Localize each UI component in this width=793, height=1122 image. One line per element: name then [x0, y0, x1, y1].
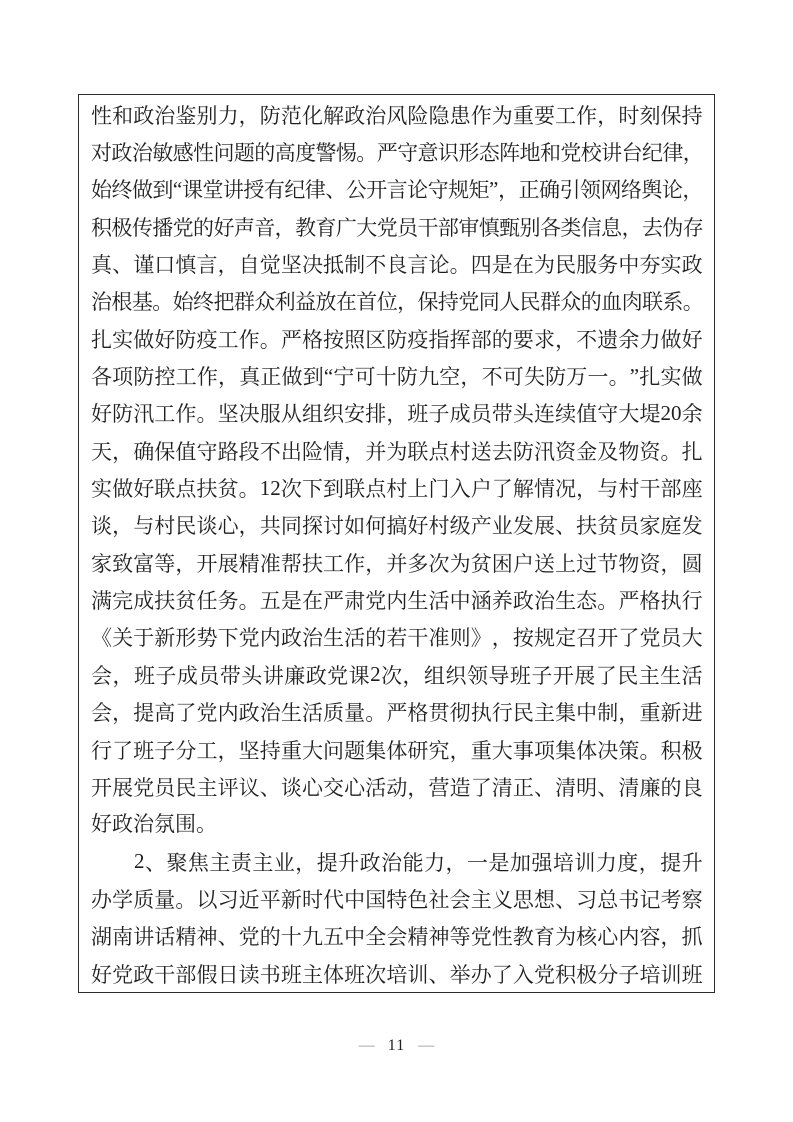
page-number: 11 — [388, 1036, 405, 1056]
text-line: 性和政治鉴别力，防范化解政治风险隐患作为重要工作，时刻保持 — [91, 96, 703, 133]
text-line: 真、谨口慎言，自觉坚决抵制不良言论。四是在为民服务中夯实政 — [91, 245, 703, 282]
text-line: 谈，与村民谈心，共同探讨如何搞好村级产业发展、扶贫员家庭发 — [91, 507, 703, 544]
footer-dash-left: — — [359, 1036, 375, 1056]
text-line: 湖南讲话精神、党的十九五中全会精神等党性教育为核心内容，抓 — [91, 918, 703, 955]
text-line: 始终做到“课堂讲授有纪律、公开言论守规矩”，正确引领网络舆论， — [91, 171, 703, 208]
text-line: 各项防控工作，真正做到“宁可十防九空，不可失防万一。”扎实做 — [91, 357, 703, 394]
footer-dash-right: — — [418, 1036, 434, 1056]
text-line: 2、聚焦主责主业，提升政治能力，一是加强培训力度，提升 — [91, 843, 703, 880]
text-line: 满完成扶贫任务。五是在严肃党内生活中涵养政治生态。严格执行 — [91, 581, 703, 618]
text-line: 会，班子成员带头讲廉政党课2次，组织领导班子开展了民主生活 — [91, 656, 703, 693]
text-line: 《关于新形势下党内政治生活的若干准则》，按规定召开了党员大 — [91, 619, 703, 656]
text-line: 会，提高了党内政治生活质量。严格贯彻执行民主集中制，重新进 — [91, 694, 703, 731]
text-line: 好防汛工作。坚决服从组织安排，班子成员带头连续值守大堤20余 — [91, 395, 703, 432]
text-line: 好政治氛围。 — [91, 806, 703, 843]
text-line: 好党政干部假日读书班主体班次培训、举办了入党积极分子培训班 — [91, 955, 703, 992]
text-line: 积极传播党的好声音，教育广大党员干部审慎甄别各类信息，去伪存 — [91, 208, 703, 245]
document-page: 性和政治鉴别力，防范化解政治风险隐患作为重要工作，时刻保持对政治敏感性问题的高度… — [0, 0, 793, 1122]
text-line: 办学质量。以习近平新时代中国特色社会主义思想、习总书记考察 — [91, 880, 703, 917]
text-line: 行了班子分工，坚持重大问题集体研究，重大事项集体决策。积极 — [91, 731, 703, 768]
text-line: 天，确保值守路段不出险情，并为联点村送去防汛资金及物资。扎 — [91, 432, 703, 469]
document-lines: 性和政治鉴别力，防范化解政治风险隐患作为重要工作，时刻保持对政治敏感性问题的高度… — [91, 96, 703, 992]
text-line: 家致富等，开展精准帮扶工作，并多次为贫困户送上过节物资，圆 — [91, 544, 703, 581]
text-line: 开展党员民主评议、谈心交心活动，营造了清正、清明、清廉的良 — [91, 768, 703, 805]
text-line: 对政治敏感性问题的高度警惕。严守意识形态阵地和党校讲台纪律， — [91, 133, 703, 170]
page-footer: — 11 — — [0, 1036, 793, 1056]
text-line: 治根基。始终把群众利益放在首位，保持党同人民群众的血肉联系。 — [91, 283, 703, 320]
bordered-text-box: 性和政治鉴别力，防范化解政治风险隐患作为重要工作，时刻保持对政治敏感性问题的高度… — [78, 94, 715, 993]
text-line: 扎实做好防疫工作。严格按照区防疫指挥部的要求，不遗余力做好 — [91, 320, 703, 357]
text-line: 实做好联点扶贫。12次下到联点村上门入户了解情况，与村干部座 — [91, 469, 703, 506]
